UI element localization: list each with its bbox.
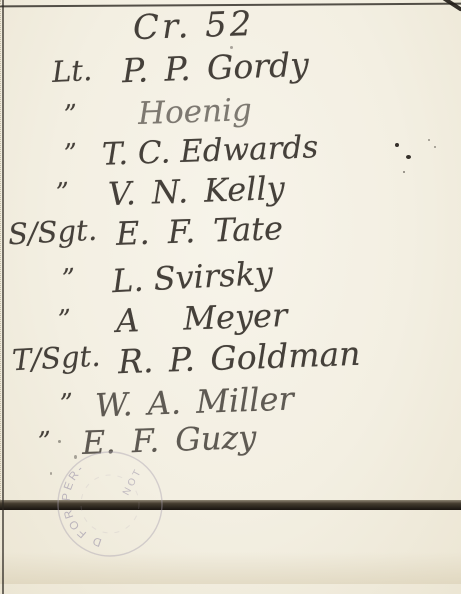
ink-speck <box>74 455 77 459</box>
rank-label: T/Sgt. <box>11 339 101 378</box>
ditto-mark: ” <box>57 305 72 336</box>
crew-title: Cr. 52 <box>132 4 255 48</box>
ink-speck <box>434 146 436 148</box>
rank-label: Lt. <box>51 53 93 89</box>
ditto-mark: ” <box>55 178 70 209</box>
name-label: E. F. Tate <box>115 209 283 253</box>
roster-row: ” A Meyer <box>0 297 461 343</box>
name-label: W. A. Miller <box>94 380 294 425</box>
name-label: R. P. Goldman <box>117 334 361 381</box>
ink-speck <box>230 46 233 49</box>
roster-row: ” V. N. Kelly <box>0 170 461 216</box>
name-label: V. N. Kelly <box>107 169 285 213</box>
name-label: Hoenig <box>137 92 252 132</box>
stamp-inner-text: NOT <box>121 466 145 498</box>
roster-row: Lt. P. P. Gordy <box>0 48 461 94</box>
ditto-mark: ” <box>59 389 74 420</box>
name-label: P. P. Gordy <box>121 45 309 90</box>
censor-stamp-icon: D FOR PER- NOT <box>40 436 190 586</box>
roster-row: S/Sgt. E. F. Tate <box>0 212 461 258</box>
roster-row: ” L. Svirsky <box>0 256 461 302</box>
rank-label: S/Sgt. <box>7 213 98 252</box>
photo-left-edge <box>2 0 4 594</box>
ink-speck <box>58 440 61 443</box>
ink-speck <box>428 139 430 141</box>
name-label: L. Svirsky <box>111 254 274 300</box>
ditto-mark: ” <box>63 100 78 131</box>
photo-back: Cr. 52 Lt. P. P. Gordy ” Hoenig ” T. C. … <box>0 0 461 594</box>
ink-speck <box>50 472 52 475</box>
name-label: A Meyer <box>115 296 288 340</box>
ink-speck <box>395 143 399 147</box>
name-label: T. C. Edwards <box>101 129 318 173</box>
ink-speck <box>403 171 405 173</box>
ditto-mark: ” <box>63 139 78 170</box>
ditto-mark: ” <box>61 264 76 295</box>
photo-right-edge <box>0 0 2 500</box>
ink-speck <box>406 155 411 159</box>
roster-row: T/Sgt. R. P. Goldman <box>0 338 461 384</box>
